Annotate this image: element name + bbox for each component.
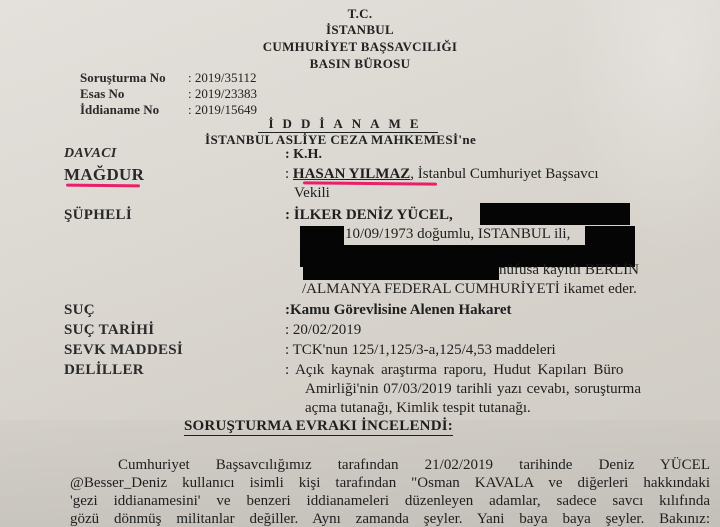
victim-prefix: : — [285, 166, 293, 182]
redaction-box — [300, 226, 344, 246]
suspect-residence: /ALMANYA FEDERAL CUMHURİYETİ ikamet eder… — [302, 281, 637, 298]
crime-date-label: SUÇ TARİHİ — [64, 322, 154, 339]
victim-title: , İstanbul Cumhuriyet Başsavcı — [410, 166, 598, 182]
plaintiff-value: : K.H. — [285, 147, 322, 163]
evidence-line1: : Açık kaynak araştırma raporu, Hudut Ka… — [285, 362, 623, 379]
victim-name: HASAN YILMAZ — [293, 166, 410, 182]
case-no-value: : 2019/23383 — [188, 86, 257, 102]
body-line-2: @Besser_Deniz kullanıcı isimli kişi tara… — [70, 475, 710, 492]
court-name: İSTANBUL ASLİYE CEZA MAHKEMESİ'ne — [205, 132, 476, 148]
referral-articles-value: : TCK'nun 125/1,125/3-a,125/4,53 maddele… — [285, 342, 556, 359]
highlight-underline — [66, 184, 140, 188]
referral-articles-label: SEVK MADDESİ — [64, 342, 183, 359]
investigation-no-value: : 2019/35112 — [188, 70, 257, 86]
document-page: T.C. İSTANBUL CUMHURİYET BAŞSAVCILIĞI BA… — [0, 0, 720, 527]
body-line-4: gözü dönmüş militanlar değiller. Aynı za… — [70, 511, 710, 527]
header-tc: T.C. — [0, 6, 720, 22]
indictment-no-label: İddianame No — [80, 102, 159, 118]
document-title: İDDİANAME — [258, 116, 438, 133]
redaction-box — [585, 226, 635, 246]
victim-title-line2: Vekili — [294, 185, 330, 202]
suspect-birth: 10/09/1973 doğumlu, ISTANBUL ili, — [345, 226, 570, 243]
suspect-label: ŞÜPHELİ — [64, 207, 132, 224]
crime-value: :Kamu Görevlisine Alenen Hakaret — [285, 302, 512, 319]
crime-date-value: : 20/02/2019 — [285, 322, 361, 339]
indictment-no-value: : 2019/15649 — [188, 102, 257, 118]
investigation-no-label: Soruşturma No — [80, 70, 166, 86]
section-heading: SORUŞTURMA EVRAKI İNCELENDİ: — [184, 418, 453, 436]
evidence-label: DELİLLER — [64, 362, 144, 379]
body-line-3: 'gezi iddianamesini' ve benzeri iddianam… — [70, 493, 710, 510]
suspect-registry: nüfusa kayıtlı BERLİN — [499, 262, 639, 279]
plaintiff-label: DAVACI — [64, 146, 117, 162]
redaction-box — [480, 203, 630, 225]
evidence-line3: açma tutanağı, Kimlik tespit tutanağı. — [305, 400, 531, 417]
case-no-label: Esas No — [80, 86, 124, 102]
suspect-name: : İLKER DENİZ YÜCEL, — [285, 207, 453, 224]
body-line-1: Cumhuriyet Başsavcılığımız tarafından 21… — [70, 457, 710, 474]
victim-value: : HASAN YILMAZ, İstanbul Cumhuriyet Başs… — [285, 166, 599, 183]
header-city: İSTANBUL — [0, 22, 720, 38]
crime-label: SUÇ — [64, 302, 95, 319]
victim-label: MAĞDUR — [64, 165, 144, 185]
evidence-line2: Amirliği'nin 07/03/2019 tarihli yazı cev… — [305, 381, 641, 398]
redaction-box — [303, 262, 499, 280]
header-office: CUMHURİYET BAŞSAVCILIĞI — [0, 39, 720, 55]
